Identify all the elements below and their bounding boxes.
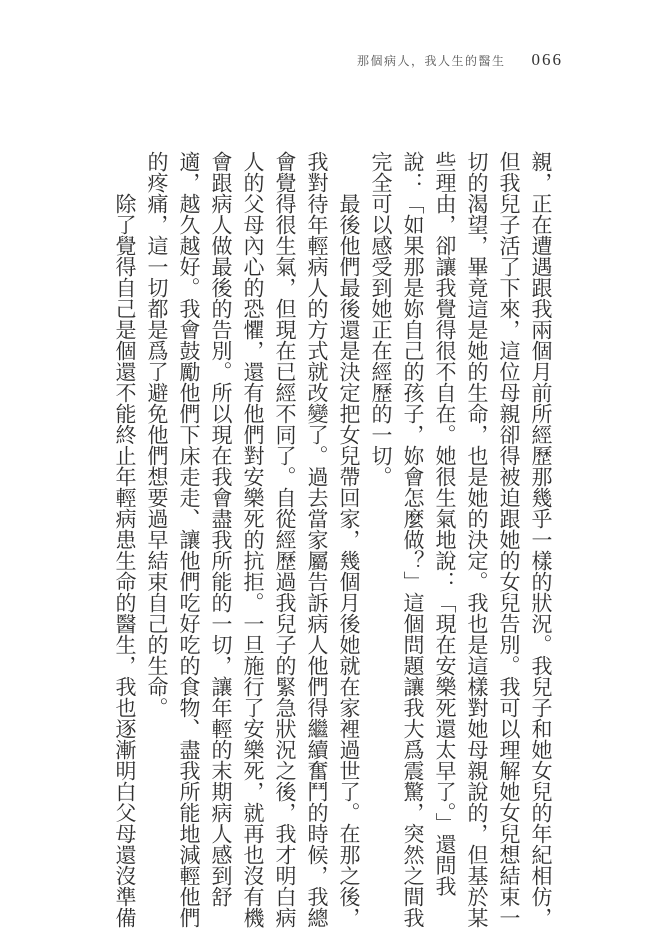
body-text: 親，正在遭遇跟我兩個月前所經歷那幾乎一樣的狀況。我兒子和她女兒的年紀相仿，但我兒… [109, 151, 557, 931]
book-page: 那個病人，我人生的醫生 066 親，正在遭遇跟我兩個月前所經歷那幾乎一樣的狀況。… [0, 0, 663, 932]
paragraph-2: 最後他們最後還是決定把女兒帶回家，幾個月後她就在家裡過世了。在那之後，我對待年輕… [141, 151, 365, 931]
paragraph-1: 親，正在遭遇跟我兩個月前所經歷那幾乎一樣的狀況。我兒子和她女兒的年紀相仿，但我兒… [365, 151, 557, 931]
running-title: 那個病人，我人生的醫生 [357, 52, 506, 69]
page-number: 066 [532, 50, 564, 70]
page-header: 那個病人，我人生的醫生 066 [357, 50, 563, 70]
paragraph-3: 除了覺得自己是個還不能終止年輕病患生命的醫生，我也逐漸明白父母還沒準備 [109, 151, 141, 931]
